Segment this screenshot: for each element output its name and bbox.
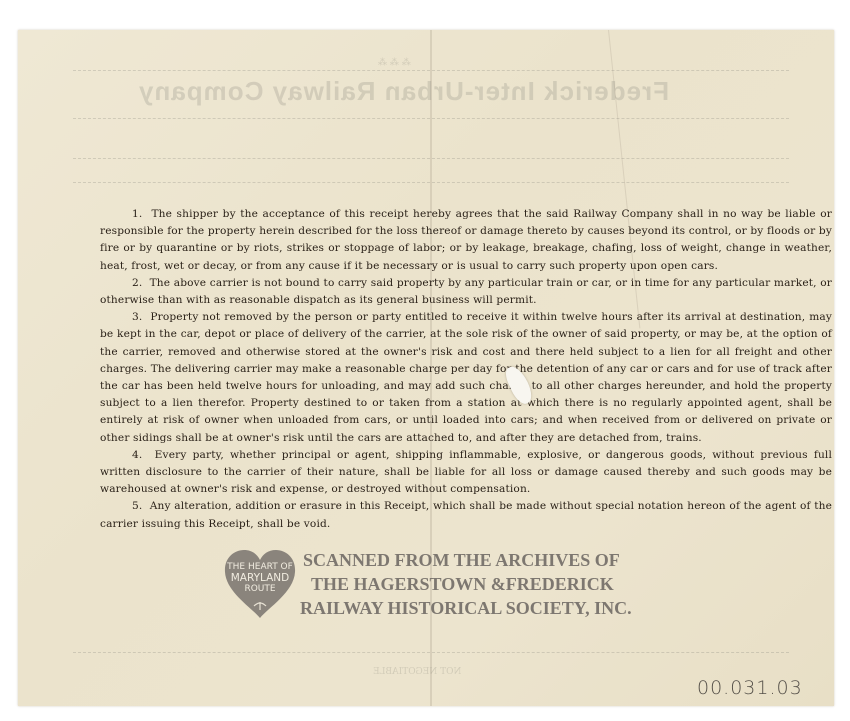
term-1: 1. The shipper by the acceptance of this…	[100, 206, 832, 275]
bleed-through-rule	[73, 652, 789, 653]
stamp-line-1: SCANNED FROM THE ARCHIVES OF	[300, 548, 632, 572]
stamp-line-3: RAILWAY HISTORICAL SOCIETY, INC.	[300, 596, 632, 620]
bleed-through-title: Frederick Inter-Urban Railway Company	[138, 76, 669, 107]
term-3: 3. Property not removed by the person or…	[100, 309, 832, 447]
catalog-number: 00.031.03	[697, 677, 803, 699]
terms-and-conditions: 1. The shipper by the acceptance of this…	[100, 206, 832, 533]
bleed-through-rule	[73, 70, 789, 71]
bleed-through-rule	[73, 118, 789, 119]
bleed-through-header: ⁂ ⁂ ⁂	[378, 58, 411, 68]
heart-logo-icon: THE HEART OF MARYLAND ROUTE	[222, 548, 298, 620]
archive-stamp-text: SCANNED FROM THE ARCHIVES OF THE HAGERST…	[300, 548, 632, 620]
bleed-through-rule	[73, 158, 789, 159]
stamp-line-2: THE HAGERSTOWN &FREDERICK	[300, 572, 632, 596]
bleed-through-rule	[73, 182, 789, 183]
term-5: 5. Any alteration, addition or erasure i…	[100, 498, 832, 532]
archive-stamp: THE HEART OF MARYLAND ROUTE SCANNED FROM…	[222, 548, 642, 628]
bleed-through-footer: NOT NEGOTIABLE	[373, 667, 461, 677]
term-2: 2. The above carrier is not bound to car…	[100, 275, 832, 309]
term-4: 4. Every party, whether principal or age…	[100, 447, 832, 499]
